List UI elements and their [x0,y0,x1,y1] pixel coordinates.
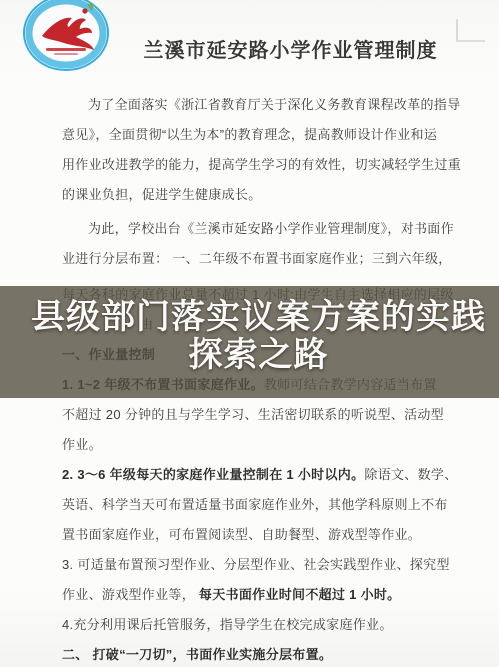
text-line: 意见》，全面贯彻“以生为本”的教育理念，提高教师设计作业和运 [62,120,461,150]
text-line: 为了全面落实《浙江省教育厅关于深化义务教育课程改革的指导 [62,90,461,120]
watermark-title-line1: 县级部门落实议案方案的实践 [18,298,499,336]
text-line: 4.充分利用课后托管服务，指导学生在校完成家庭作业。 [62,610,461,640]
text-line: 为此，学校出台《兰溪市延安路小学作业管理制度》，对书面作 [62,214,461,244]
text-line: 作业。 [62,430,461,460]
watermark-title-line2: 探索之路 [18,336,499,374]
document-page: 兰溪市延安路小学作业管理制度 为了全面落实《浙江省教育厅关于深化义务教育课程改革… [0,0,499,667]
text-line: 用作业改进教学的能力，提高学生学习的有效性，切实减轻学生过重 [62,150,461,180]
text-line: 二、 打破“一刀切”，书面作业实施分层布置。 [62,640,461,667]
text-line: 业进行分层布置： 一、二年级不布置书面家庭作业；三到六年级， [62,244,461,274]
text-line: 置书面家庭作业，可布置阅读型、自助餐型、游戏型等作业。 [62,520,461,550]
text-line: 不超过 20 分钟的且与学生学习、生活密切联系的听说型、活动型 [62,400,461,430]
text-line: 作业、游戏型作业等， 每天书面作业时间不超过 1 小时。 [62,580,461,610]
text-line: 3. 可适量布置预习型作业、分层型作业、社会实践型作业、探究型 [62,550,461,580]
text-line: 的课业负担，促进学生健康成长。 [62,180,461,210]
text-line: 2. 3～6 年级每天的家庭作业量控制在 1 小时以内。除语文、数学、 [62,460,461,490]
text-line: 英语、科学当天可布置适量书面家庭作业外，其他学科原则上不布 [62,490,461,520]
watermark-title: 县级部门落实议案方案的实践 探索之路 [0,298,499,374]
